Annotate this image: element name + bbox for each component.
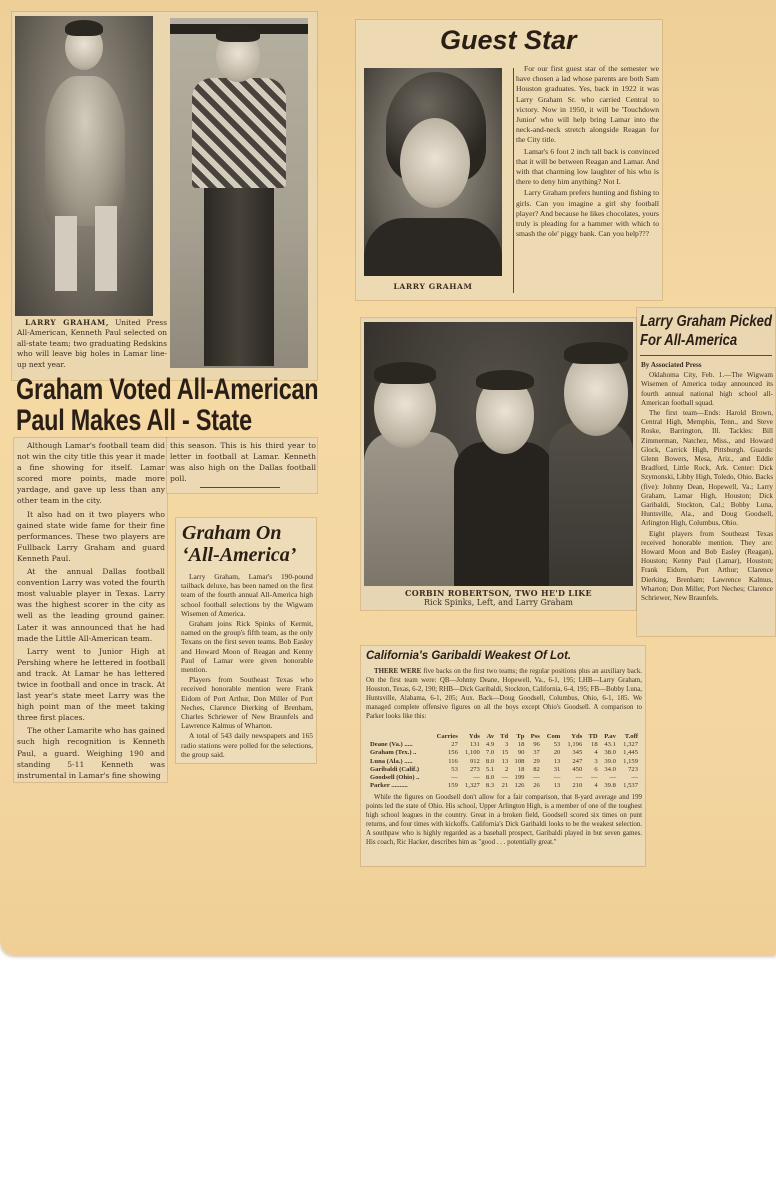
photo-larry-graham-football [15, 16, 153, 316]
headline-guest-star: Guest Star [440, 24, 577, 56]
stats-table: Carries Yds Av Td Tp Pss Com Yds TD P.av… [368, 733, 640, 790]
headline-larry-graham-picked: Larry Graham Picked For All-America [640, 312, 772, 350]
headline-graham-on: Graham On [182, 522, 281, 544]
table-row: Graham (Tex.) ..1561,1007.01590372034543… [368, 749, 640, 757]
article-body-col1: Although Lamar's football team did not w… [17, 440, 165, 783]
headline-garibaldi-weakest: California's Garibaldi Weakest Of Lot. [366, 648, 571, 664]
headline-graham-voted: Graham Voted All-American [16, 374, 318, 406]
stats-header-row: Carries Yds Av Td Tp Pss Com Yds TD P.av… [368, 733, 640, 741]
article-garibaldi-closing: While the figures on Goodsell don't allo… [366, 793, 642, 848]
headline-paul-all-state: Paul Makes All - State [16, 405, 252, 437]
photo-caption-graham-paul: LARRY GRAHAM, United Press All-American,… [17, 318, 167, 370]
table-row: Luna (Ala.) .....1169128.013108291324733… [368, 758, 640, 766]
table-row: Deane (Va.) .....271314.931896531,196184… [368, 741, 640, 749]
article-end-rule [200, 487, 280, 488]
headline-all-america: ‘All-America’ [182, 544, 296, 566]
photo-kenneth-paul [170, 18, 308, 368]
article-larry-graham-picked: By Associated Press Oklahoma City, Feb. … [641, 361, 773, 604]
article-graham-on-all-america: Larry Graham, Lamar's 190-pound tailback… [181, 572, 313, 760]
article-body-col2: this season. This is his third year to l… [170, 440, 316, 486]
column-divider [513, 68, 514, 293]
photo-caption-corbin-robertson: CORBIN ROBERTSON, TWO HE'D LIKE Rick Spi… [364, 588, 633, 609]
photo-larry-graham-helmet [364, 68, 502, 276]
table-row: Goodsell (Ohio) ..——8.0—199—————— [368, 774, 640, 782]
scrapbook-page: LARRY GRAHAM, United Press All-American,… [0, 0, 776, 955]
photo-caption-larry-graham: LARRY GRAHAM [364, 282, 502, 292]
article-garibaldi-lead: THERE WERE five backs on the first two t… [366, 667, 642, 722]
table-row: Garibaldi (Calif.)532735.12188231450634.… [368, 766, 640, 774]
headline-rule [640, 355, 772, 356]
article-guest-star: For our first guest star of the semester… [516, 64, 659, 240]
photo-corbin-robertson-spinks-graham [364, 322, 633, 586]
table-row: Parker ..........1591,3278.3211262613210… [368, 782, 640, 790]
